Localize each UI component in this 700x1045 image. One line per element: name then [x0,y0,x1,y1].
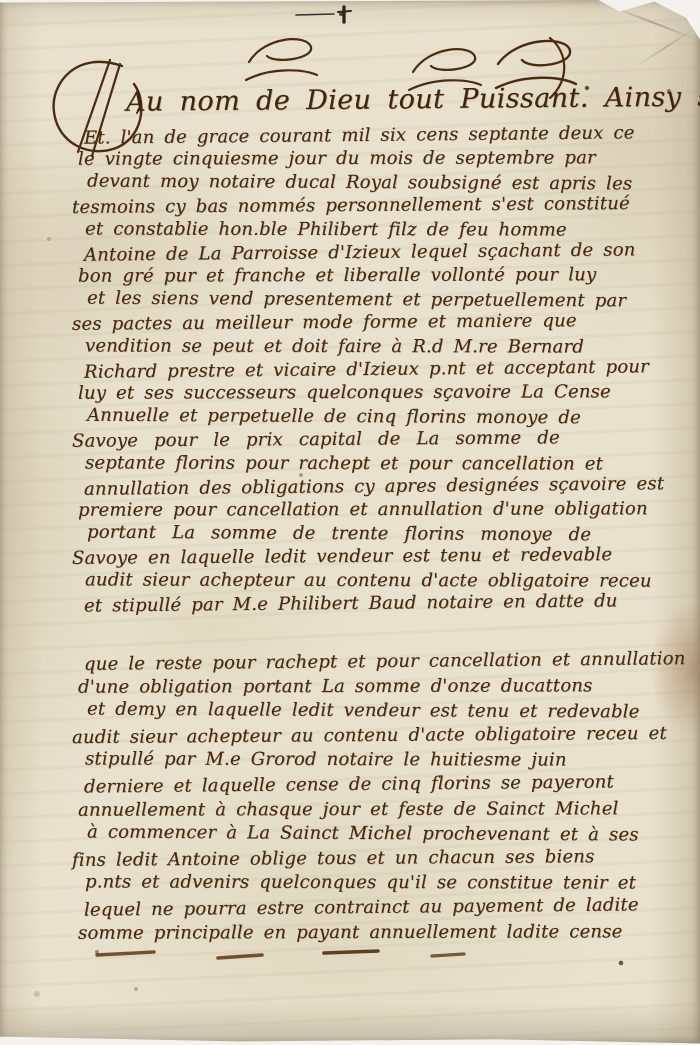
manuscript-line: fins ledit Antoine oblige tous et un cha… [72,847,595,871]
manuscript-line: et stipullé par M.e Philibert Baud notai… [84,591,618,616]
manuscript-line: stipullé par M.e Grorod notaire le huiti… [85,750,567,771]
manuscript-line: audit sieur achepteur au contenu d'acte … [72,724,667,748]
closing-ink-dashes [92,944,472,968]
manuscript-line: le vingte cinquiesme jour du mois de sep… [78,149,596,170]
manuscript-line: d'une obligation portant La somme d'onze… [78,676,593,697]
invocation-line: Au nom de Dieu tout Puissant. Ainsy soit [126,81,700,117]
manuscript-line: septante florins pour rachept et pour ca… [85,453,603,474]
manuscript-line: que le reste pour rachept et pour cancel… [84,649,686,675]
manuscript-line: tesmoins cy bas nommés personnellement s… [72,194,630,218]
manuscript-line: Savoye en laquelle ledit vendeur est ten… [72,545,612,569]
paper-specks [0,0,2,2]
manuscript-line: Antoine de La Parroisse d'Izieux lequel … [84,240,636,265]
manuscript-line: portant La somme de trente florins monoy… [87,522,591,545]
corner-crease [635,27,696,68]
manuscript-page: Au nom de Dieu tout Puissant. Ainsy soit… [0,0,700,1045]
manuscript-line: et constablie hon.ble Philibert filz de … [85,219,567,240]
manuscript-line: Et. l'an de grace courant mil six cens s… [84,123,635,148]
manuscript-line: annullation des obligations cy apres des… [84,474,664,500]
manuscript-line: p.nts et advenirs quelconques qu'il se c… [85,873,636,894]
manuscript-line: audit sieur achepteur au contenu d'acte … [85,570,652,591]
manuscript-line: annuellement à chasque jour et feste de … [78,799,619,820]
cross-mark-icon [294,5,360,25]
manuscript-line: Richard prestre et vicaire d'Izieux p.nt… [84,357,649,382]
manuscript-line: ses pactes au meilleur mode forme et man… [72,311,577,335]
manuscript-line: vendition se peut et doit faire à R.d M.… [85,336,584,357]
manuscript-line: somme principalle en payant annuellement… [78,922,623,943]
corner-crease [609,5,699,41]
manuscript-line: luy et ses successeurs quelconques sçavo… [78,383,611,404]
manuscript-line: et les siens vend presentement et perpet… [87,288,626,311]
manuscript-line: Savoye pour le prix capital de La somme … [72,428,560,451]
manuscript-line: bon gré pur et franche et liberalle voll… [78,266,596,287]
manuscript-line: derniere et laquelle cense de cinq flori… [84,772,614,797]
manuscript-line: lequel ne pourra estre contrainct au pay… [84,895,639,920]
manuscript-line: à commencer à La Sainct Michel procheven… [87,823,639,846]
manuscript-line: devant moy notaire ducal Royal soubsigné… [87,171,632,194]
manuscript-line: et demy en laquelle ledit vendeur est te… [87,700,640,723]
manuscript-line: Annuelle et perpetuelle de cinq florins … [87,406,581,429]
manuscript-line: premiere pour cancellation et annullatio… [78,500,648,521]
ink-paraph-flourish [243,34,321,88]
